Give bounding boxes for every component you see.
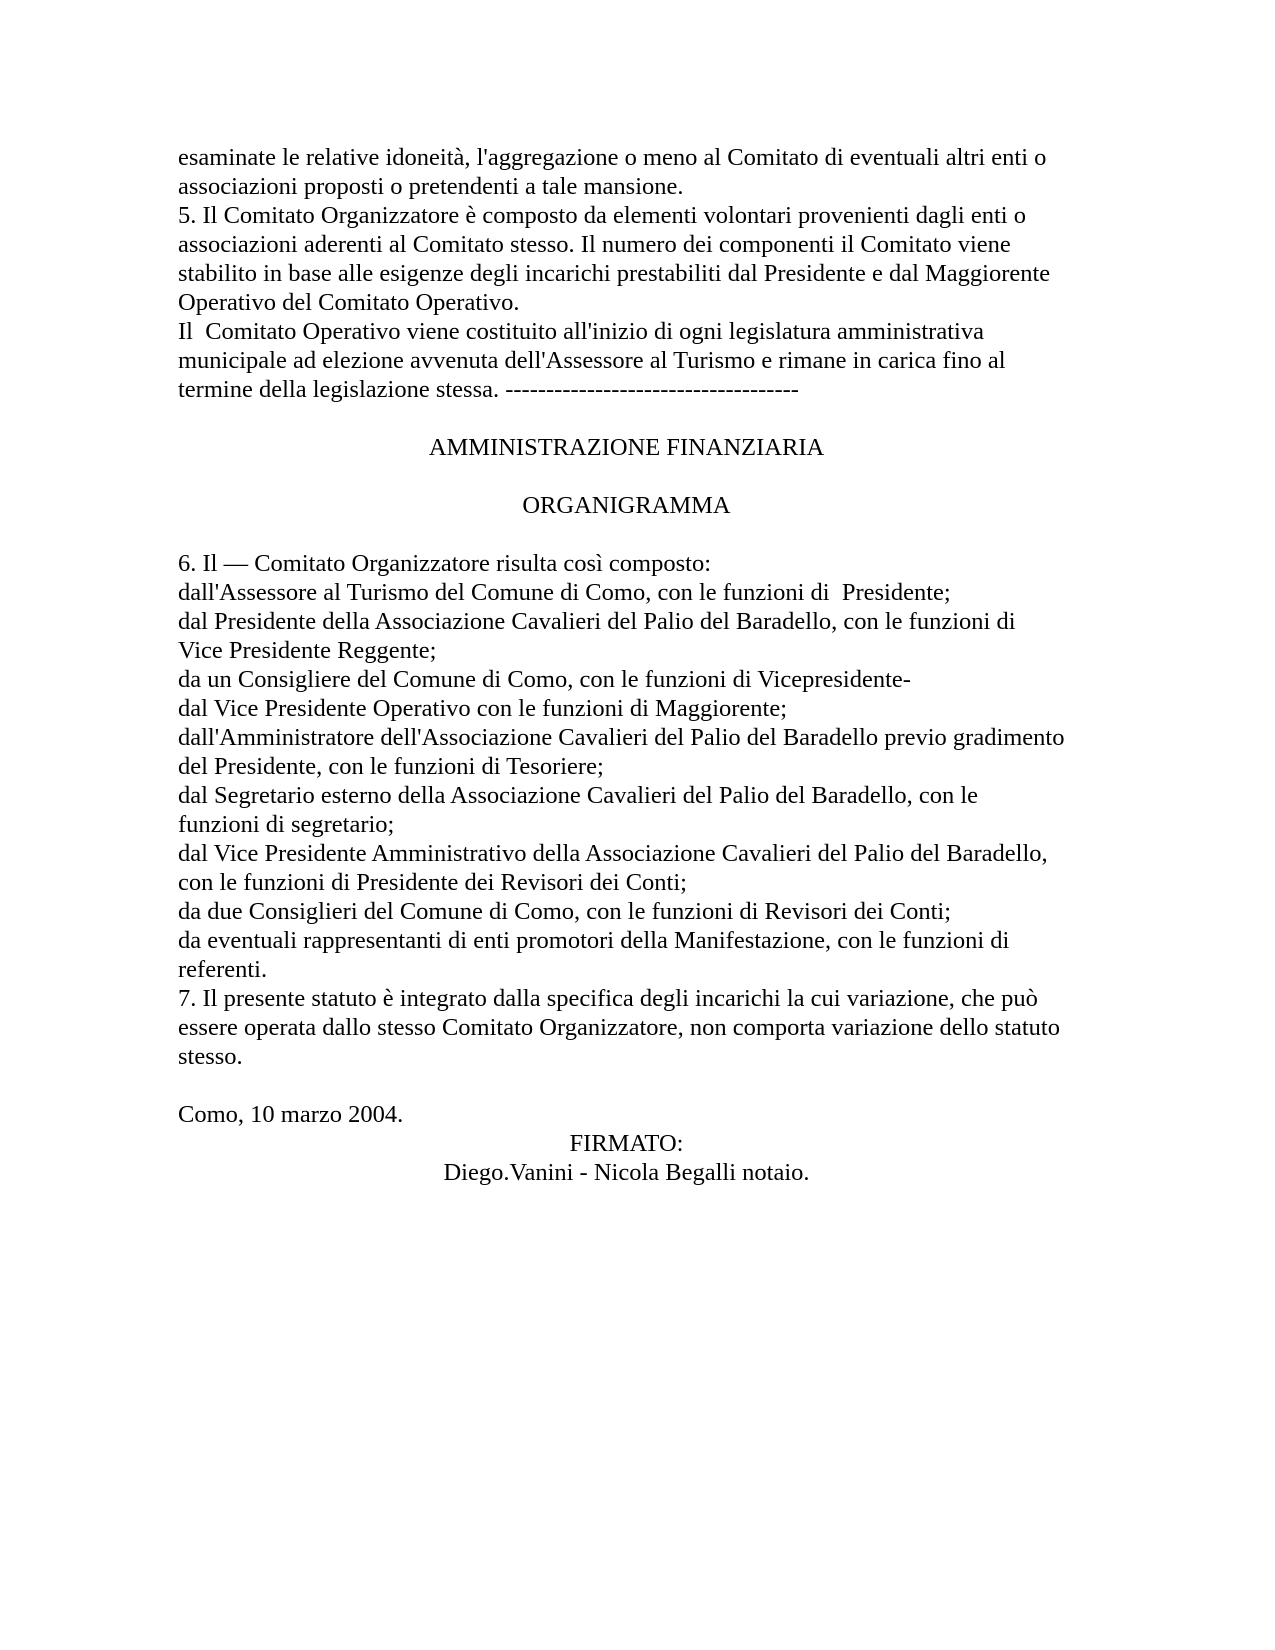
text-line: municipale ad elezione avvenuta dell'Ass… (178, 346, 1075, 375)
blank-line (178, 462, 1075, 491)
text-line: stesso. (178, 1042, 1075, 1071)
document-page: esaminate le relative idoneità, l'aggreg… (0, 0, 1275, 1650)
text-line: dal Vice Presidente Amministrativo della… (178, 839, 1075, 868)
text-line: Il Comitato Operativo viene costituito a… (178, 317, 1075, 346)
text-line: essere operata dallo stesso Comitato Org… (178, 1013, 1075, 1042)
text-line: dall'Amministratore dell'Associazione Ca… (178, 723, 1075, 752)
text-line: esaminate le relative idoneità, l'aggreg… (178, 143, 1075, 172)
text-line: dal Segretario esterno della Associazion… (178, 781, 1075, 810)
text-line: referenti. (178, 955, 1075, 984)
signature-names: Diego.Vanini - Nicola Begalli notaio. (178, 1158, 1075, 1187)
blank-line (178, 520, 1075, 549)
text-line: da eventuali rappresentanti di enti prom… (178, 926, 1075, 955)
text-line: 7. Il presente statuto è integrato dalla… (178, 984, 1075, 1013)
text-line: dal Vice Presidente Operativo con le fun… (178, 694, 1075, 723)
text-line: del Presidente, con le funzioni di Tesor… (178, 752, 1075, 781)
blank-line (178, 1071, 1075, 1100)
document-text-block: esaminate le relative idoneità, l'aggreg… (178, 143, 1075, 1187)
text-line: associazioni proposti o pretendenti a ta… (178, 172, 1075, 201)
text-line: 5. Il Comitato Organizzatore è composto … (178, 201, 1075, 230)
text-line: Operativo del Comitato Operativo. (178, 288, 1075, 317)
text-line: con le funzioni di Presidente dei Reviso… (178, 868, 1075, 897)
text-line: 6. Il — Comitato Organizzatore risulta c… (178, 549, 1075, 578)
date-line: Como, 10 marzo 2004. (178, 1100, 1075, 1129)
text-line: da un Consigliere del Comune di Como, co… (178, 665, 1075, 694)
heading-amministrazione-finanziaria: AMMINISTRAZIONE FINANZIARIA (178, 433, 1075, 462)
text-line: dal Presidente della Associazione Cavali… (178, 607, 1075, 636)
text-line: funzioni di segretario; (178, 810, 1075, 839)
text-line: stabilito in base alle esigenze degli in… (178, 259, 1075, 288)
text-line: associazioni aderenti al Comitato stesso… (178, 230, 1075, 259)
signature-firmato-label: FIRMATO: (178, 1129, 1075, 1158)
text-line: Vice Presidente Reggente; (178, 636, 1075, 665)
heading-organigramma: ORGANIGRAMMA (178, 491, 1075, 520)
text-line: da due Consiglieri del Comune di Como, c… (178, 897, 1075, 926)
blank-line (178, 404, 1075, 433)
text-line-with-dash-fill: termine della legislazione stessa. -----… (178, 375, 1075, 404)
text-line: dall'Assessore al Turismo del Comune di … (178, 578, 1075, 607)
